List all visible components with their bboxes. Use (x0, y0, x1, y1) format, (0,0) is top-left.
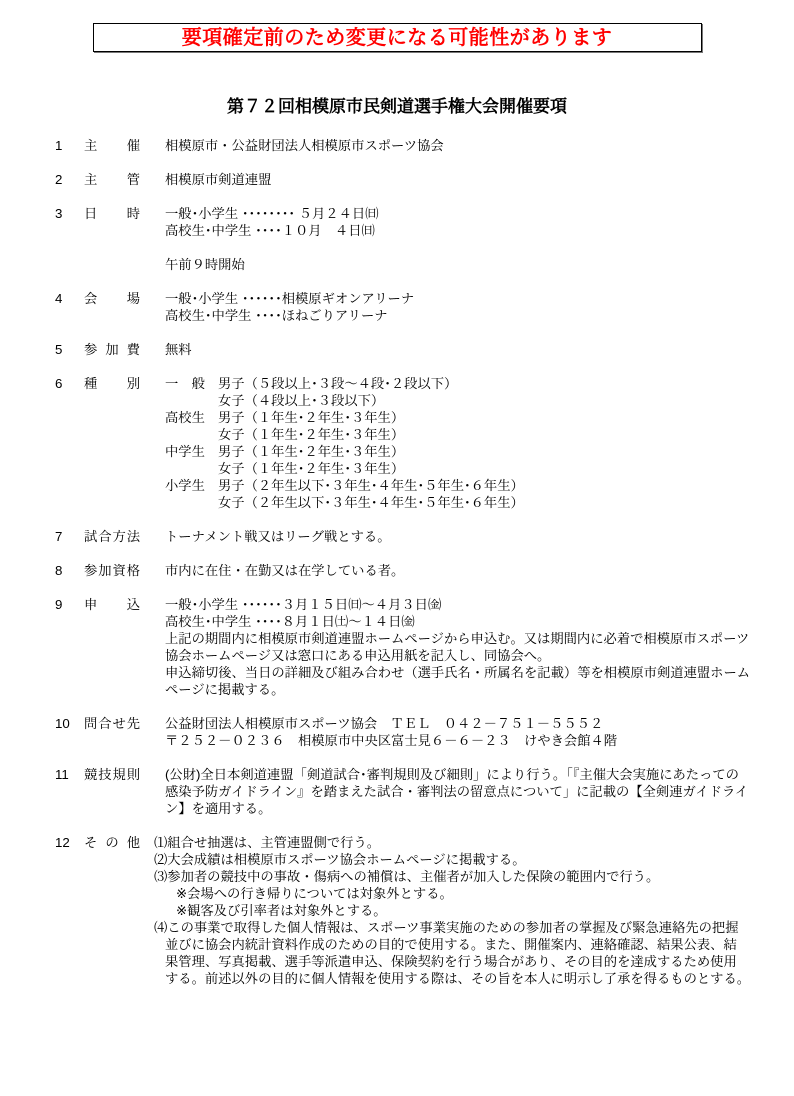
item-label: 参加資格 (84, 562, 140, 579)
item-number: 10 (55, 715, 84, 732)
item-label: 試合方法 (84, 528, 140, 545)
category-text: 女子（１年生･２年生･３年生） (218, 426, 404, 443)
document-body: 1 主催 相模原市・公益財団法人相模原市スポーツ協会 2 主管 相模原市剣道連盟… (55, 137, 794, 987)
content-line: 相模原市剣道連盟 (165, 171, 765, 188)
content-line: ⑴組合せ抽選は、主管連盟側で行う。 (165, 834, 765, 851)
notice-text: 要項確定前のため変更になる可能性があります (182, 27, 613, 49)
content-line: ⑷この事業で取得した個人情報は、スポーツ事業実施のための参加者の掌握及び緊急連絡… (165, 919, 765, 936)
content-line (165, 239, 765, 256)
item-row-4: 4 会場 一般･小学生 ･･････相模原ギオンアリーナ 高校生･中学生 ･･･… (55, 290, 794, 324)
item-number: 2 (55, 171, 84, 188)
item-content: トーナメント戦又はリーグ戦とする。 (165, 528, 765, 545)
content-line: 公益財団法人相模原市スポーツ協会 ＴＥＬ ０４２－７５１－５５５２ (165, 715, 765, 732)
item-content: ⑴組合せ抽選は、主管連盟側で行う。 ⑵大会成績は相模原市スポーツ協会ホームページ… (165, 834, 765, 987)
item-label: 競技規則 (84, 766, 140, 783)
content-line: 中学生 男子（１年生･２年生･３年生） (165, 443, 765, 460)
content-line: 相模原市・公益財団法人相模原市スポーツ協会 (165, 137, 765, 154)
item-row-1: 1 主催 相模原市・公益財団法人相模原市スポーツ協会 (55, 137, 794, 154)
item-label: 日時 (84, 205, 140, 222)
category-text: 男子（１年生･２年生･３年生） (218, 443, 404, 460)
item-number: 5 (55, 341, 84, 358)
item-label: 問合せ先 (84, 715, 140, 732)
content-line: 高校生･中学生 ････ほねごりアリーナ (165, 307, 765, 324)
content-line: トーナメント戦又はリーグ戦とする。 (165, 528, 765, 545)
category-label (165, 460, 205, 477)
category-label: 一 般 (165, 375, 205, 392)
category-text: 女子（２年生以下･３年生･４年生･５年生･６年生） (218, 494, 524, 511)
item-row-3: 3 日時 一般･小学生 ････････ ５月２４日㈰ 高校生･中学生 ････… (55, 205, 794, 273)
item-label: 種別 (84, 375, 140, 392)
content-line: 無料 (165, 341, 765, 358)
item-number: 3 (55, 205, 84, 222)
content-line: ⑵大会成績は相模原市スポーツ協会ホームページに掲載する。 (165, 851, 765, 868)
content-line: 並びに協会内統計資料作成のための目的で使用する。また、開催案内、連絡確認、結果公… (165, 936, 765, 953)
item-content: 市内に在住・在勤又は在学している者。 (165, 562, 765, 579)
content-line: (公財)全日本剣道連盟「剣道試合･審判規則及び細則」により行う。「『主催大会実施… (165, 766, 765, 783)
item-row-10: 10 問合せ先 公益財団法人相模原市スポーツ協会 ＴＥＬ ０４２－７５１－５５５… (55, 715, 794, 749)
item-content: 相模原市剣道連盟 (165, 171, 765, 188)
item-row-2: 2 主管 相模原市剣道連盟 (55, 171, 794, 188)
category-text: 男子（１年生･２年生･３年生） (218, 409, 404, 426)
item-row-7: 7 試合方法 トーナメント戦又はリーグ戦とする。 (55, 528, 794, 545)
item-row-12: 12 その他 ⑴組合せ抽選は、主管連盟側で行う。 ⑵大会成績は相模原市スポーツ協… (55, 834, 794, 987)
item-number: 4 (55, 290, 84, 307)
category-text: 女子（１年生･２年生･３年生） (218, 460, 404, 477)
content-line: 協会ホームページ又は窓口にある申込用紙を記入し、同協会へ。 (165, 647, 765, 664)
item-row-8: 8 参加資格 市内に在住・在勤又は在学している者。 (55, 562, 794, 579)
item-label: 主管 (84, 171, 140, 188)
category-label (165, 392, 205, 409)
item-row-11: 11 競技規則 (公財)全日本剣道連盟「剣道試合･審判規則及び細則」により行う。… (55, 766, 794, 817)
item-content: 無料 (165, 341, 765, 358)
content-line: 一般･小学生 ･･････相模原ギオンアリーナ (165, 290, 765, 307)
item-content: 公益財団法人相模原市スポーツ協会 ＴＥＬ ０４２－７５１－５５５２ 〒２５２－０… (165, 715, 765, 749)
content-line: 一 般 男子（５段以上･３段～４段･２段以下） (165, 375, 765, 392)
content-line: ※会場への行き帰りについては対象外とする。 (165, 885, 765, 902)
content-line: 申込締切後、当日の詳細及び組み合わせ（選手氏名・所属名を記載）等を相模原市剣道連… (165, 664, 765, 681)
content-line: 一般･小学生 ････････ ５月２４日㈰ (165, 205, 765, 222)
item-row-9: 9 申込 一般･小学生 ･･････３月１５日㈰～４月３日㈮ 高校生･中学生 ･… (55, 596, 794, 698)
item-label: その他 (84, 834, 140, 851)
content-line: ページに掲載する。 (165, 681, 765, 698)
item-label: 会場 (84, 290, 140, 307)
content-line: 果管理、写真掲載、選手等派遣申込、保険契約を行う場合があり、その目的を達成するた… (165, 953, 765, 970)
document-title: 第７２回相模原市民剣道選手権大会開催要項 (0, 96, 794, 117)
content-line: 高校生･中学生 ････１０月 ４日㈰ (165, 222, 765, 239)
content-line: ※観客及び引率者は対象外とする。 (165, 902, 765, 919)
category-label (165, 494, 205, 511)
content-line: 市内に在住・在勤又は在学している者。 (165, 562, 765, 579)
content-line: ン】を適用する。 (165, 800, 765, 817)
item-label: 申込 (84, 596, 140, 613)
item-number: 7 (55, 528, 84, 545)
item-content: 相模原市・公益財団法人相模原市スポーツ協会 (165, 137, 765, 154)
category-label: 中学生 (165, 443, 205, 460)
category-text: 女子（４段以上･３段以下） (218, 392, 384, 409)
content-line: 〒２５２－０２３６ 相模原市中央区富士見６－６－２３ けやき会館４階 (165, 732, 765, 749)
item-number: 11 (55, 766, 84, 783)
content-line: 女子（１年生･２年生･３年生） (165, 460, 765, 477)
content-line: 小学生 男子（２年生以下･３年生･４年生･５年生･６年生） (165, 477, 765, 494)
item-number: 9 (55, 596, 84, 613)
item-number: 8 (55, 562, 84, 579)
content-line: 一般･小学生 ･･････３月１５日㈰～４月３日㈮ (165, 596, 765, 613)
category-text: 男子（２年生以下･３年生･４年生･５年生･６年生） (218, 477, 524, 494)
content-line: 女子（２年生以下･３年生･４年生･５年生･６年生） (165, 494, 765, 511)
item-content: (公財)全日本剣道連盟「剣道試合･審判規則及び細則」により行う。「『主催大会実施… (165, 766, 765, 817)
item-content: 一般･小学生 ･･････相模原ギオンアリーナ 高校生･中学生 ････ほねごり… (165, 290, 765, 324)
item-row-5: 5 参加費 無料 (55, 341, 794, 358)
content-line: ⑶参加者の競技中の事故・傷病への補償は、主催者が加入した保険の範囲内で行う。 (165, 868, 765, 885)
item-content: 一 般 男子（５段以上･３段～４段･２段以下） 女子（４段以上･３段以下） 高校… (165, 375, 765, 511)
item-number: 1 (55, 137, 84, 154)
category-label: 高校生 (165, 409, 205, 426)
item-number: 6 (55, 375, 84, 392)
content-line: 高校生 男子（１年生･２年生･３年生） (165, 409, 765, 426)
item-row-6: 6 種別 一 般 男子（５段以上･３段～４段･２段以下） 女子（４段以上･３段以… (55, 375, 794, 511)
category-text: 男子（５段以上･３段～４段･２段以下） (218, 375, 457, 392)
content-line: 上記の期間内に相模原市剣道連盟ホームページから申込む。又は期間内に必着で相模原市… (165, 630, 765, 647)
content-line: 女子（４段以上･３段以下） (165, 392, 765, 409)
content-line: 午前９時開始 (165, 256, 765, 273)
content-line: 高校生･中学生 ････８月１日㈯～１４日㈮ (165, 613, 765, 630)
notice-banner: 要項確定前のため変更になる可能性があります (93, 23, 702, 52)
category-label: 小学生 (165, 477, 205, 494)
item-content: 一般･小学生 ････････ ５月２４日㈰ 高校生･中学生 ････１０月 ４… (165, 205, 765, 273)
item-label: 主催 (84, 137, 140, 154)
content-line: 感染予防ガイドライン』を踏まえた試合・審判法の留意点について」に記載の【全剣連ガ… (165, 783, 765, 800)
content-line: 女子（１年生･２年生･３年生） (165, 426, 765, 443)
item-label: 参加費 (84, 341, 140, 358)
item-content: 一般･小学生 ･･････３月１５日㈰～４月３日㈮ 高校生･中学生 ････８月… (165, 596, 765, 698)
document-page: 要項確定前のため変更になる可能性があります 第７２回相模原市民剣道選手権大会開催… (0, 0, 794, 1096)
content-line: する。前述以外の目的に個人情報を使用する際は、その旨を本人に明示し了承を得るもの… (165, 970, 765, 987)
category-label (165, 426, 205, 443)
item-number: 12 (55, 834, 84, 851)
